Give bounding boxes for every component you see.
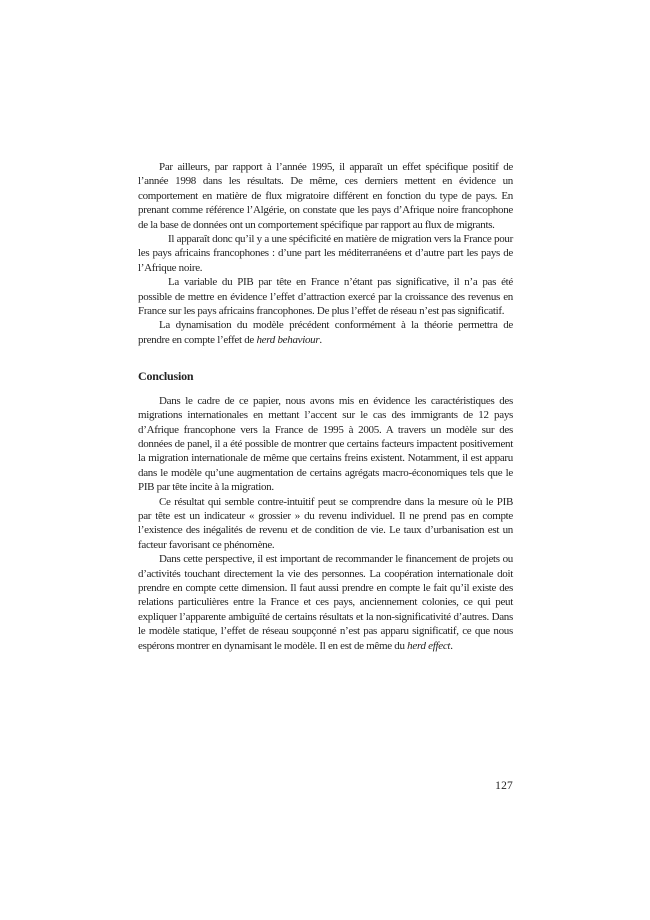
- paragraph-cadre-papier: Dans le cadre de ce papier, nous avons m…: [138, 394, 513, 495]
- section-heading-conclusion: Conclusion: [138, 369, 513, 383]
- body-text: Par ailleurs, par rapport à l’année 1995…: [138, 160, 513, 653]
- page-number: 127: [138, 780, 513, 792]
- paragraph-effet-specifique: Par ailleurs, par rapport à l’année 1995…: [138, 160, 513, 232]
- italic-term-herd-behaviour: herd behaviour: [256, 334, 319, 346]
- document-page: Par ailleurs, par rapport à l’année 1995…: [0, 0, 650, 920]
- italic-term-herd-effect: herd effect: [407, 640, 450, 652]
- paragraph-text: .: [319, 334, 321, 346]
- paragraph-specificite-migration: Il apparaît donc qu’il y a une spécifici…: [138, 232, 513, 275]
- paragraph-text: .: [450, 640, 452, 652]
- paragraph-pib-par-tete: La variable du PIB par tête en France n’…: [138, 275, 513, 318]
- paragraph-resultat-contre-intuitif: Ce résultat qui semble contre-intuitif p…: [138, 495, 513, 553]
- paragraph-perspective: Dans cette perspective, il est important…: [138, 552, 513, 653]
- paragraph-text: La dynamisation du modèle précédent conf…: [138, 319, 513, 345]
- paragraph-text: Dans cette perspective, il est important…: [138, 553, 513, 651]
- paragraph-dynamisation: La dynamisation du modèle précédent conf…: [138, 318, 513, 347]
